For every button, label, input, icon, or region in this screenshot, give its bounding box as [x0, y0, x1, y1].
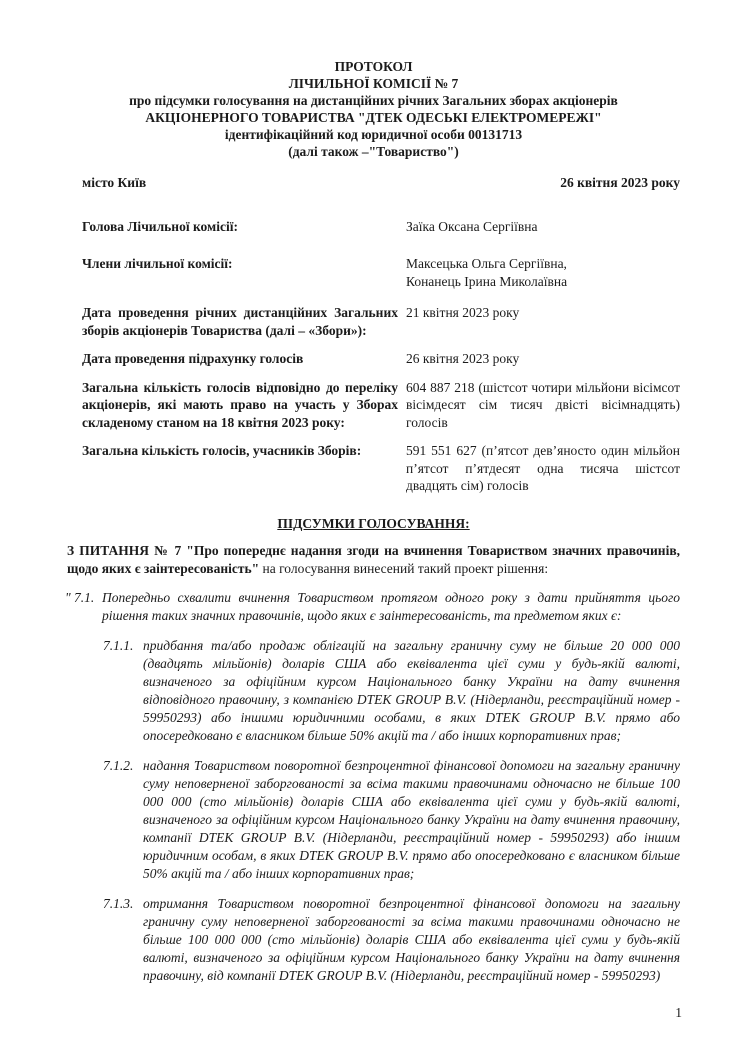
- resolution-clause-7-1-3: 7.1.3. отримання Товариством поворотної …: [103, 895, 680, 985]
- doc-subtitle-commission: ЛІЧИЛЬНОЇ КОМІСІЇ № 7: [67, 75, 680, 92]
- row-label-chairman: Голова Лічильної комісії:: [82, 218, 398, 236]
- row-value-meeting-date: 21 квітня 2023 року: [406, 304, 680, 339]
- row-label-meeting-date: Дата проведення річних дистанційних Зага…: [82, 304, 398, 339]
- commission-info-table: Голова Лічильної комісії: Заїка Оксана С…: [67, 218, 680, 495]
- row-value-participant-votes: 591 551 627 (п’ятсот дев’яносто один міл…: [406, 442, 680, 495]
- row-value-members: Максецька Ольга Сергіївна, Конанець Ірин…: [406, 255, 680, 290]
- document-header: ПРОТОКОЛ ЛІЧИЛЬНОЇ КОМІСІЇ № 7 про підсу…: [67, 58, 680, 160]
- row-label-total-votes: Загальна кількість голосів відповідно до…: [82, 379, 398, 432]
- doc-company-name: АКЦІОНЕРНОГО ТОВАРИСТВА "ДТЕК ОДЕСЬКІ ЕЛ…: [67, 109, 680, 126]
- question-7-paragraph: З ПИТАННЯ № 7 "Про попереднє надання зго…: [67, 542, 680, 577]
- table-row: Дата проведення підрахунку голосів 26 кв…: [82, 350, 680, 368]
- clause-number: " 7.1.: [65, 589, 102, 625]
- clause-number: 7.1.3.: [103, 895, 143, 985]
- resolution-clause-7-1-1: 7.1.1. придбання та/або продаж облігацій…: [103, 637, 680, 745]
- doc-company-alias: (далі також –"Товариство"): [67, 143, 680, 160]
- row-value-chairman: Заїка Оксана Сергіївна: [406, 218, 680, 236]
- clause-text: отримання Товариством поворотної безпроц…: [143, 895, 680, 985]
- row-label-members: Члени лічильної комісії:: [82, 255, 398, 290]
- resolution-clause-7-1-2: 7.1.2. надання Товариством поворотної бе…: [103, 757, 680, 883]
- doc-subtitle-purpose: про підсумки голосування на дистанційних…: [67, 92, 680, 109]
- table-row: Загальна кількість голосів, учасників Зб…: [82, 442, 680, 495]
- clause-number: 7.1.1.: [103, 637, 143, 745]
- draft-resolution: " 7.1. Попередньо схвалити вчинення Това…: [67, 589, 680, 985]
- place-date-row: місто Київ 26 квітня 2023 року: [67, 174, 680, 192]
- page-number: 1: [675, 1005, 682, 1021]
- resolution-clause-7-1: " 7.1. Попередньо схвалити вчинення Това…: [67, 589, 680, 625]
- doc-company-code: ідентифікаційний код юридичної особи 001…: [67, 126, 680, 143]
- doc-title: ПРОТОКОЛ: [67, 58, 680, 75]
- voting-results-heading: ПІДСУМКИ ГОЛОСУВАННЯ:: [67, 515, 680, 533]
- clause-number: 7.1.2.: [103, 757, 143, 883]
- clause-text: Попередньо схвалити вчинення Товариством…: [102, 589, 680, 625]
- document-date: 26 квітня 2023 року: [560, 174, 680, 192]
- table-row: Загальна кількість голосів відповідно до…: [82, 379, 680, 432]
- row-label-count-date: Дата проведення підрахунку голосів: [82, 350, 398, 368]
- table-row: Голова Лічильної комісії: Заїка Оксана С…: [82, 218, 680, 236]
- document-page: ПРОТОКОЛ ЛІЧИЛЬНОЇ КОМІСІЇ № 7 про підсу…: [0, 0, 734, 1047]
- clause-text: придбання та/або продаж облігацій на заг…: [143, 637, 680, 745]
- table-row: Дата проведення річних дистанційних Зага…: [82, 304, 680, 339]
- row-value-count-date: 26 квітня 2023 року: [406, 350, 680, 368]
- document-place: місто Київ: [82, 174, 146, 192]
- clause-text: надання Товариством поворотної безпроцен…: [143, 757, 680, 883]
- row-value-total-votes: 604 887 218 (шістсот чотири мільйони віс…: [406, 379, 680, 432]
- table-row: Члени лічильної комісії: Максецька Ольга…: [82, 255, 680, 290]
- question-7-intro: на голосування винесений такий проект рі…: [259, 561, 548, 576]
- row-label-participant-votes: Загальна кількість голосів, учасників Зб…: [82, 442, 398, 495]
